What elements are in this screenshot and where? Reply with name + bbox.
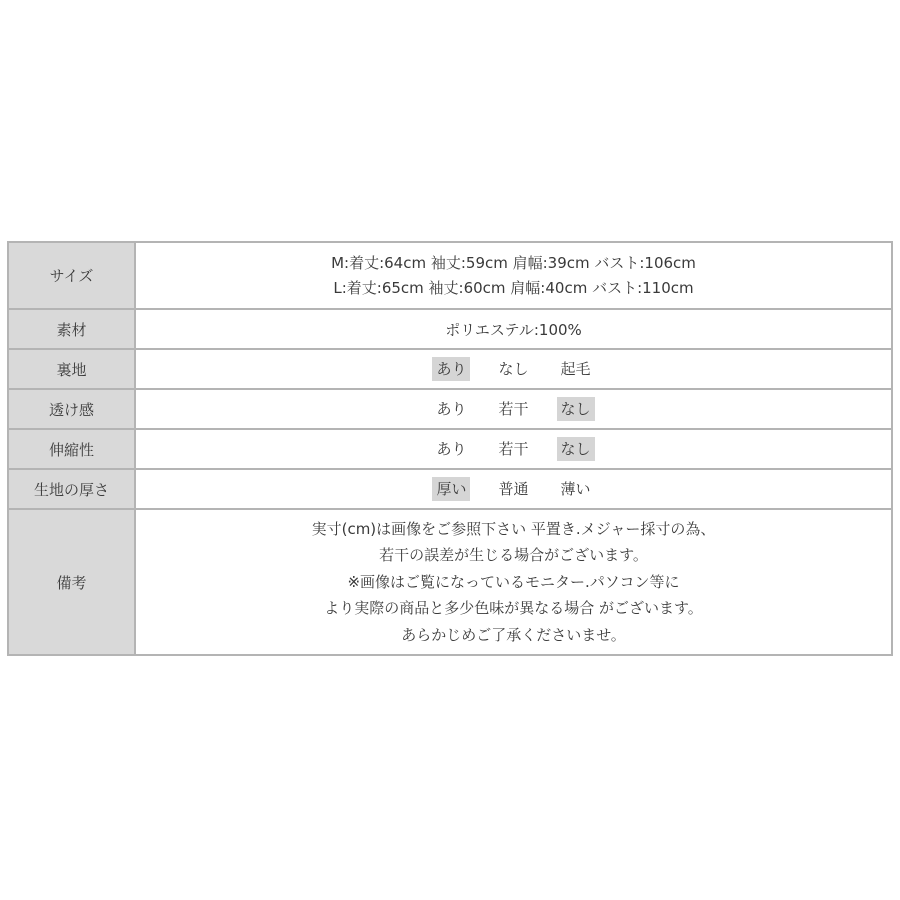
spec-table: サイズ M:着丈:64cm 袖丈:59cm 肩幅:39cm バスト:106cm …: [7, 241, 893, 656]
lining-option-selected: あり: [432, 357, 470, 381]
stretch-option: あり: [432, 437, 470, 461]
row-size: サイズ M:着丈:64cm 袖丈:59cm 肩幅:39cm バスト:106cm …: [8, 242, 892, 309]
sheerness-option: あり: [432, 397, 470, 421]
row-material: 素材 ポリエステル:100%: [8, 309, 892, 349]
note-line: より実際の商品と多少色味が異なる場合 がございます。: [136, 595, 891, 622]
size-l-line: L:着丈:65cm 袖丈:60cm 肩幅:40cm バスト:110cm: [136, 276, 891, 301]
stretch-option: 若干: [494, 437, 532, 461]
note-line: ※画像はご覧になっているモニター.パソコン等に: [136, 569, 891, 596]
label-stretch: 伸縮性: [8, 429, 135, 469]
note-line: 若干の誤差が生じる場合がございます。: [136, 542, 891, 569]
label-size: サイズ: [8, 242, 135, 309]
size-m-line: M:着丈:64cm 袖丈:59cm 肩幅:39cm バスト:106cm: [136, 251, 891, 276]
stretch-option-selected: なし: [557, 437, 595, 461]
row-stretch: 伸縮性 あり 若干 なし: [8, 429, 892, 469]
thickness-option-selected: 厚い: [432, 477, 470, 501]
value-material: ポリエステル:100%: [135, 309, 892, 349]
value-notes: 実寸(cm)は画像をご参照下さい 平置き.メジャー採寸の為、 若干の誤差が生じる…: [135, 509, 892, 655]
thickness-option: 普通: [494, 477, 532, 501]
sheerness-option-selected: なし: [557, 397, 595, 421]
note-line: 実寸(cm)は画像をご参照下さい 平置き.メジャー採寸の為、: [136, 516, 891, 543]
value-size: M:着丈:64cm 袖丈:59cm 肩幅:39cm バスト:106cm L:着丈…: [135, 242, 892, 309]
label-thickness: 生地の厚さ: [8, 469, 135, 509]
label-notes: 備考: [8, 509, 135, 655]
thickness-option: 薄い: [557, 477, 595, 501]
label-material: 素材: [8, 309, 135, 349]
row-lining: 裏地 あり なし 起毛: [8, 349, 892, 389]
lining-option: なし: [494, 357, 532, 381]
row-sheerness: 透け感 あり 若干 なし: [8, 389, 892, 429]
label-lining: 裏地: [8, 349, 135, 389]
sheerness-option: 若干: [494, 397, 532, 421]
lining-option: 起毛: [557, 357, 595, 381]
row-notes: 備考 実寸(cm)は画像をご参照下さい 平置き.メジャー採寸の為、 若干の誤差が…: [8, 509, 892, 655]
row-thickness: 生地の厚さ 厚い 普通 薄い: [8, 469, 892, 509]
label-sheerness: 透け感: [8, 389, 135, 429]
note-line: あらかじめご了承くださいませ。: [136, 622, 891, 649]
